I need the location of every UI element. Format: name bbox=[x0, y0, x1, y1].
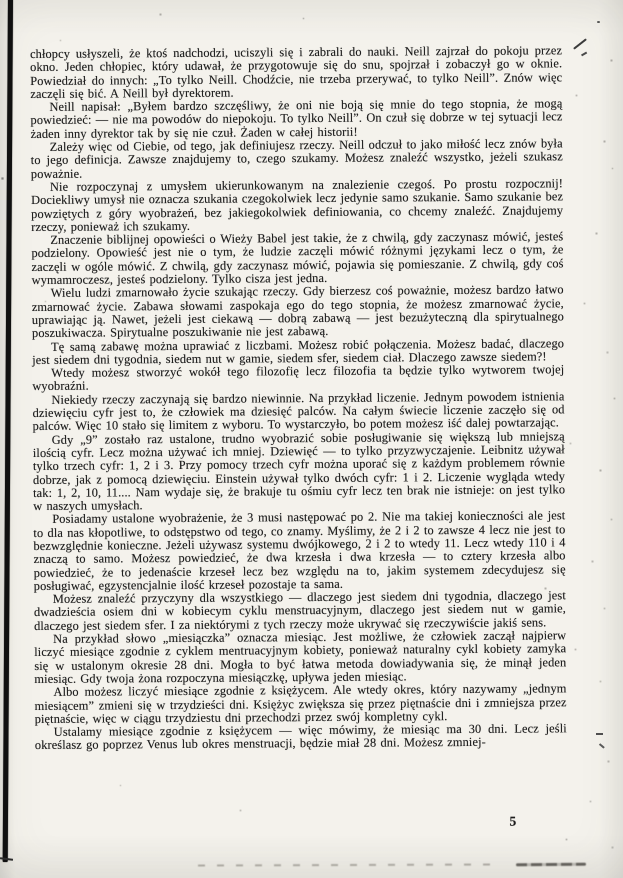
scan-bottom-dashed-line bbox=[198, 863, 498, 866]
paragraph: Możesz znaleźć przyczyny dla wszystkiego… bbox=[34, 589, 566, 633]
margin-slash-mark bbox=[599, 743, 605, 748]
pen-slash-mark-small bbox=[581, 52, 587, 56]
paragraph: Niekiedy rzeczy zaczynają się bardzo nie… bbox=[32, 390, 564, 434]
scan-bottom-smudge bbox=[516, 863, 586, 867]
scan-edge-bar bbox=[3, 0, 13, 862]
paragraph: Albo możesz liczyć miesiące zgodnie z ks… bbox=[34, 683, 566, 727]
dust-specks bbox=[0, 0, 1, 1]
paragraph: Wielu ludzi zmarnowało życie szukając rz… bbox=[32, 284, 564, 341]
paragraph: chłopcy usłyszeli, że ktoś nadchodzi, uc… bbox=[30, 44, 562, 101]
page-number: 5 bbox=[509, 815, 516, 828]
paragraph: Na przykład słowo „miesiączka” oznacza m… bbox=[34, 629, 566, 686]
paragraph: Gdy „9” zostało raz ustalone, trudno wyo… bbox=[33, 430, 566, 513]
paragraph: Ustalamy miesiące zgodnie z księżycem — … bbox=[35, 722, 567, 752]
paragraph: Posiadamy ustalone wyobrażenie, że 3 mus… bbox=[33, 510, 566, 593]
paragraph: Zależy więc od Ciebie, od tego, jak defi… bbox=[31, 137, 563, 181]
paragraph: Neill napisał: „Byłem bardzo szczęśliwy,… bbox=[30, 97, 562, 141]
margin-dash-mark bbox=[596, 733, 603, 735]
paragraph: Znaczenie biblijnej opowieści o Wieży Ba… bbox=[31, 230, 563, 287]
scanned-book-page: chłopcy usłyszeli, że ktoś nadchodzi, uc… bbox=[0, 0, 623, 878]
page-text-block: chłopcy usłyszeli, że ktoś nadchodzi, uc… bbox=[30, 44, 567, 752]
pen-slash-mark bbox=[573, 38, 587, 49]
ink-dot-mark bbox=[597, 21, 600, 23]
paragraph: Nie rozpoczynaj z umysłem ukierunkowanym… bbox=[31, 177, 563, 234]
